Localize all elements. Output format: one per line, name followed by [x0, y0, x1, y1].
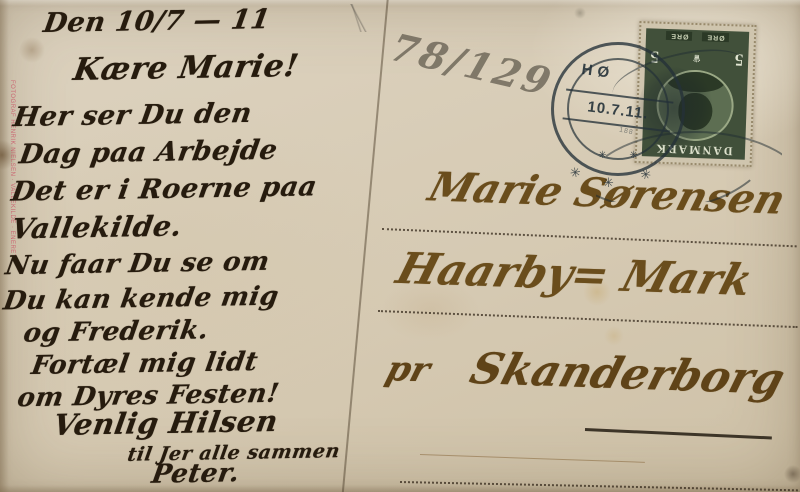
- postcard-scan: FOTOGRAF HENRIK NIELSEN · VALLEKILDE · E…: [0, 0, 800, 492]
- address-underline-stroke: [585, 428, 772, 439]
- address-place: Skanderborg: [465, 344, 791, 404]
- postmark-star-icon: ✳: [603, 176, 614, 191]
- address-dotted-line: [378, 310, 798, 328]
- address-hairline-stroke: [420, 454, 645, 463]
- postmark: HØ 10.7.11. 188 ✳ ✳: [551, 42, 685, 176]
- address-street: Haarby= Mark: [391, 244, 758, 306]
- postmark-inner-stars: ✳ ✳: [551, 150, 685, 161]
- address-dotted-line: [400, 481, 798, 491]
- postmark-star-icon: ✳: [569, 165, 582, 182]
- address-pr-prefix: pr: [382, 349, 435, 390]
- address-town: prSkanderborg: [381, 341, 790, 404]
- postmark-date: 10.7.11.: [586, 98, 649, 122]
